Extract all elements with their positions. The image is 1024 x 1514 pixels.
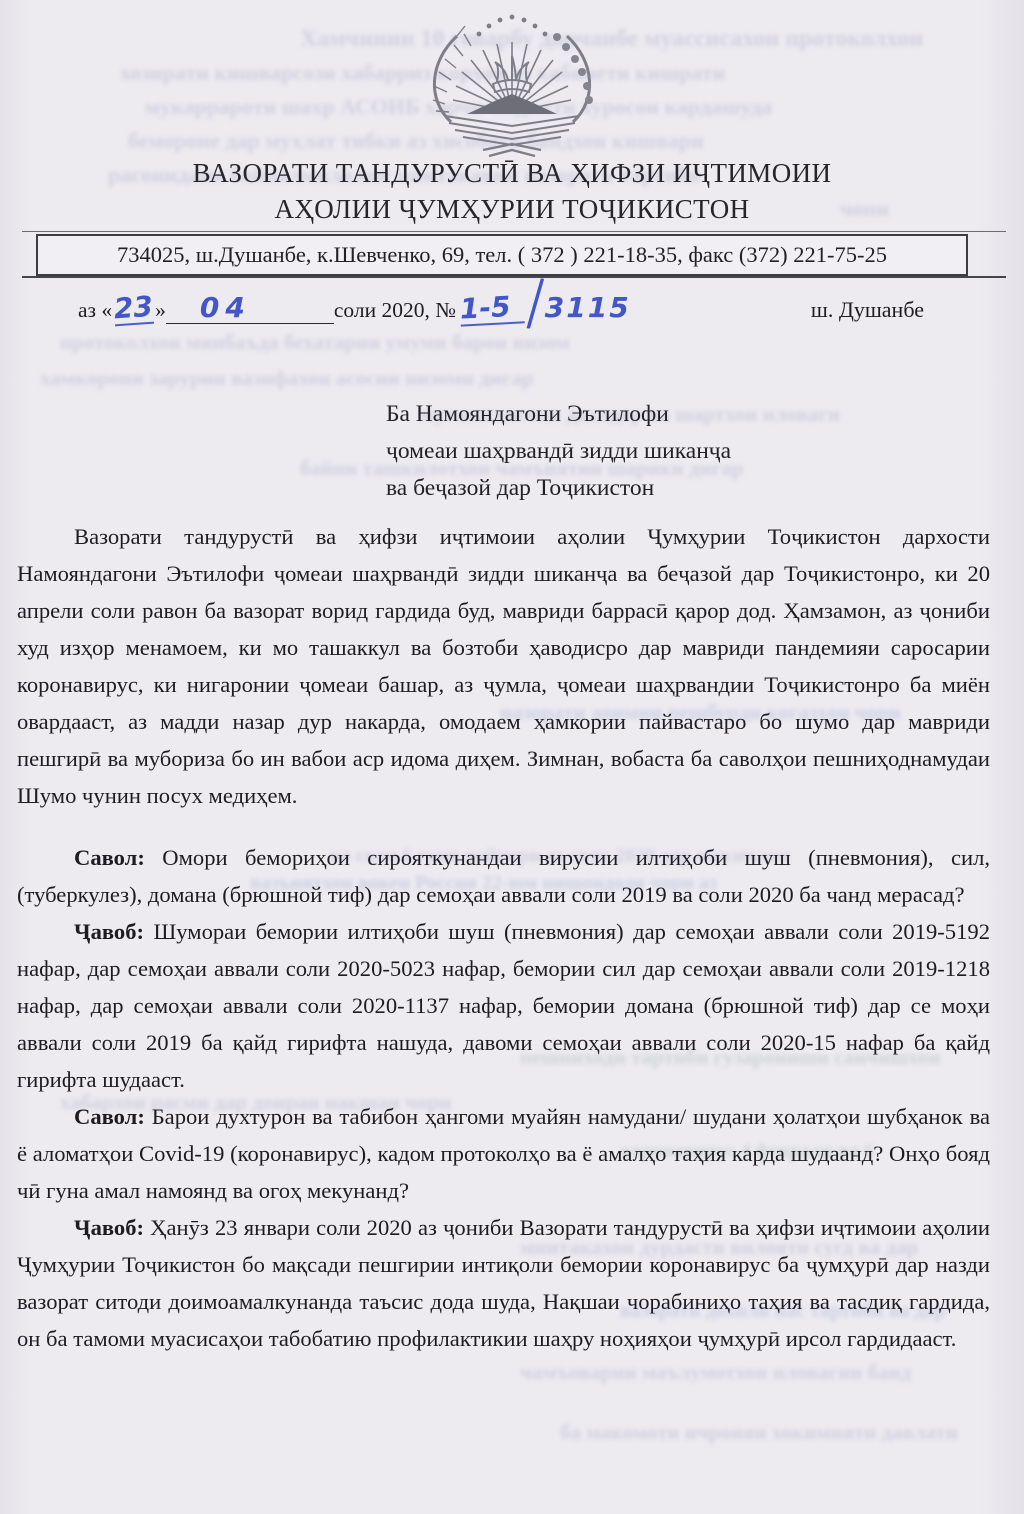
tajikistan-coat-of-arms-icon [405, 4, 619, 160]
letterhead-top-rule [22, 231, 1006, 232]
handwritten-number: 1-5 [459, 290, 511, 326]
date-number-line: аз «23» 04 соли 2020, № 1-5 / 3115 ш. Ду… [78, 293, 924, 325]
ministry-title-line1: ВАЗОРАТИ ТАНДУРУСТӢ ВА ҲИФЗИ ИҶТИМОИИ [0, 158, 1024, 189]
paragraph-lead: Ҷавоб: [74, 1215, 144, 1240]
paragraph-lead: Ҷавоб: [74, 919, 144, 944]
body-paragraph: Савол: Барои духтурон ва табибон ҳангоми… [17, 1098, 990, 1209]
letter-body: Вазорати тандурустӣ ва ҳифзи иҷтимоии аҳ… [17, 518, 990, 1357]
body-paragraph: Вазорати тандурустӣ ва ҳифзи иҷтимоии аҳ… [17, 518, 990, 814]
close-quote: » [155, 298, 166, 323]
body-paragraph: Ҷавоб: Шумораи бемории илтиҳоби шуш (пне… [17, 913, 990, 1098]
addressee-line1: Ба Намояндагони Эътилофи [386, 396, 946, 433]
open-quote: « [101, 298, 112, 323]
scanned-letter-page: Хамчинин 10 говарбу дарчаибе муассисахои… [0, 0, 1024, 1514]
body-paragraph: Савол: Омори бемориҳои сирояткунандаи ви… [17, 839, 990, 913]
handwritten-day: 23 [113, 290, 154, 326]
paragraph-lead: Савол: [74, 845, 145, 870]
city-label: ш. Душанбе [811, 297, 924, 323]
addressee-line2: ҷомеаи шаҳрвандӣ зидди шиканҷа [386, 433, 946, 470]
handwritten-number2: 3115 [545, 294, 631, 322]
letterhead-address-box: 734025, ш.Душанбе, к.Шевченко, 69, тел. … [36, 234, 968, 276]
date-middle: соли 2020, № [334, 298, 456, 323]
letterhead-address: 734025, ш.Душанбе, к.Шевченко, 69, тел. … [117, 242, 887, 268]
letterhead-bottom-rule [22, 276, 1006, 278]
handwritten-month: 04 [200, 291, 251, 324]
addressee-line3: ва беҷазой дар Тоҷикистон [386, 470, 946, 507]
body-paragraph: Ҷавоб: Ҳанӯз 23 январи соли 2020 аз ҷони… [17, 1209, 990, 1357]
addressee-block: Ба Намояндагони Эътилофи ҷомеаи шаҳрванд… [386, 396, 946, 507]
handwritten-slash: / [529, 272, 542, 336]
date-prefix: аз [78, 298, 96, 323]
paragraph-lead: Савол: [74, 1104, 145, 1129]
ministry-title-line2: АҲОЛИИ ҶУМҲУРИИ ТОҶИКИСТОН [0, 194, 1024, 225]
